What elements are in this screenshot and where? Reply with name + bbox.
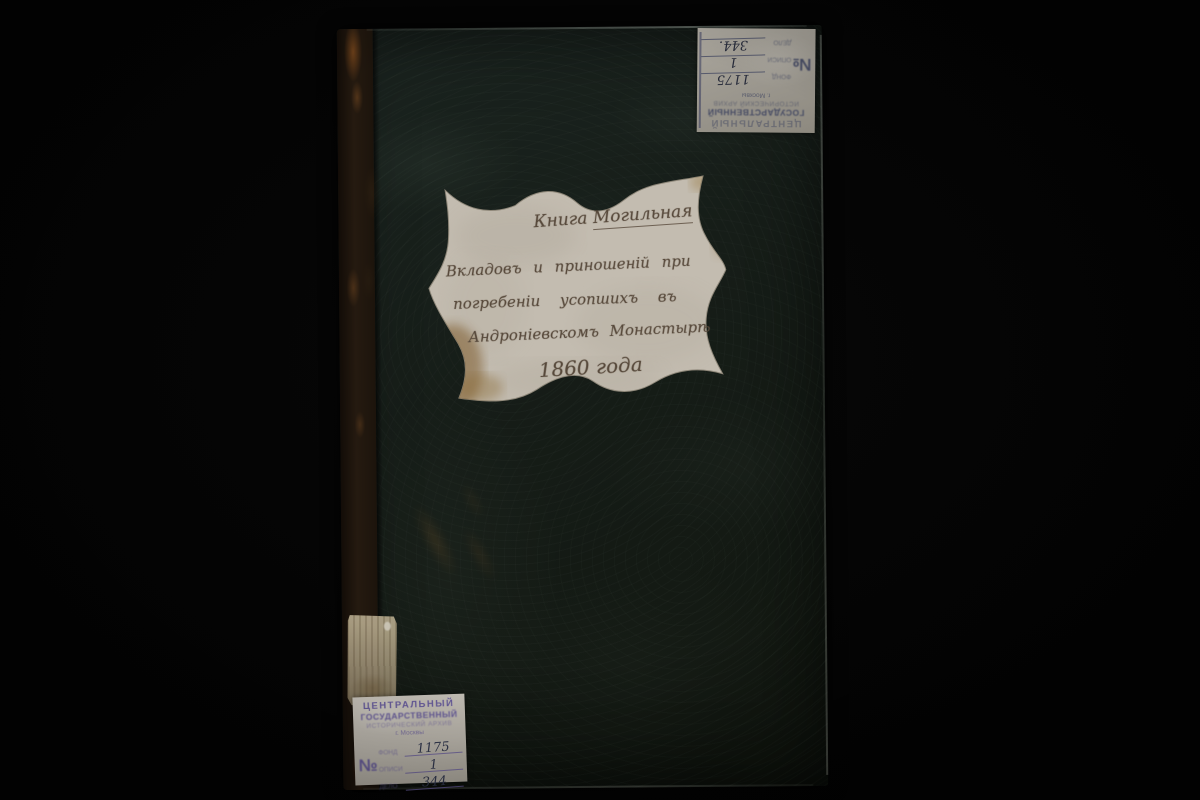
numero-sign: № — [791, 54, 811, 74]
book-cover: Книга Могильная Вкладовъ и приношеній пр… — [337, 25, 829, 790]
delo-value-handwritten: 344. — [701, 37, 765, 51]
stamp-org-line-2: ГОСУДАРСТВЕННЫЙ — [697, 107, 815, 118]
stamp-org-line-1: ЦЕНТРАЛЬНЫЙ — [697, 117, 815, 129]
delo-label: ДЕЛО — [379, 783, 405, 791]
rotated-stamp-content: ЦЕНТРАЛЬНЫЙ ГОСУДАРСТВЕННЫЙ ИСТОРИЧЕСКИЙ… — [697, 28, 816, 133]
delo-row: ДЕЛО 344 — [379, 771, 464, 791]
fond-value-handwritten: 1175 — [701, 71, 765, 85]
opis-label: ОПИСИ — [765, 56, 791, 63]
opis-value-handwritten: 1 — [701, 54, 765, 68]
book-right-edge-highlight — [820, 35, 828, 775]
stamp-org-line-3: ИСТОРИЧЕСКИЙ АРХИВ — [697, 99, 815, 107]
title-word: Книга — [533, 209, 588, 233]
archive-sticker-bottom-left: ЦЕНТРАЛЬНЫЙ ГОСУДАРСТВЕННЫЙ ИСТОРИЧЕСКИЙ… — [352, 694, 467, 786]
cover-marbling-texture — [337, 25, 829, 790]
fond-row: ФОНД 1175 — [701, 72, 791, 90]
stamp-org-line-4: г. Москвы — [697, 91, 815, 99]
fond-label: ФОНД — [378, 749, 404, 757]
fond-label: ФОНД — [765, 73, 791, 80]
delo-label: ДЕЛО — [765, 39, 791, 46]
opis-label: ОПИСИ — [379, 766, 405, 774]
archive-sticker-top-right: ЦЕНТРАЛЬНЫЙ ГОСУДАРСТВЕННЫЙ ИСТОРИЧЕСКИЙ… — [697, 28, 816, 133]
delo-row: ДЕЛО 344. — [701, 38, 791, 56]
white-paint-speck — [384, 622, 391, 631]
numero-sign: № — [358, 755, 379, 776]
cover-scuff-marks — [368, 437, 563, 648]
fond-row: ФОНД 1175 — [378, 737, 463, 757]
title-paper-label: Книга Могильная Вкладовъ и приношеній пр… — [425, 174, 730, 405]
photo-stage: Книга Могильная Вкладовъ и приношеній пр… — [0, 0, 1200, 800]
